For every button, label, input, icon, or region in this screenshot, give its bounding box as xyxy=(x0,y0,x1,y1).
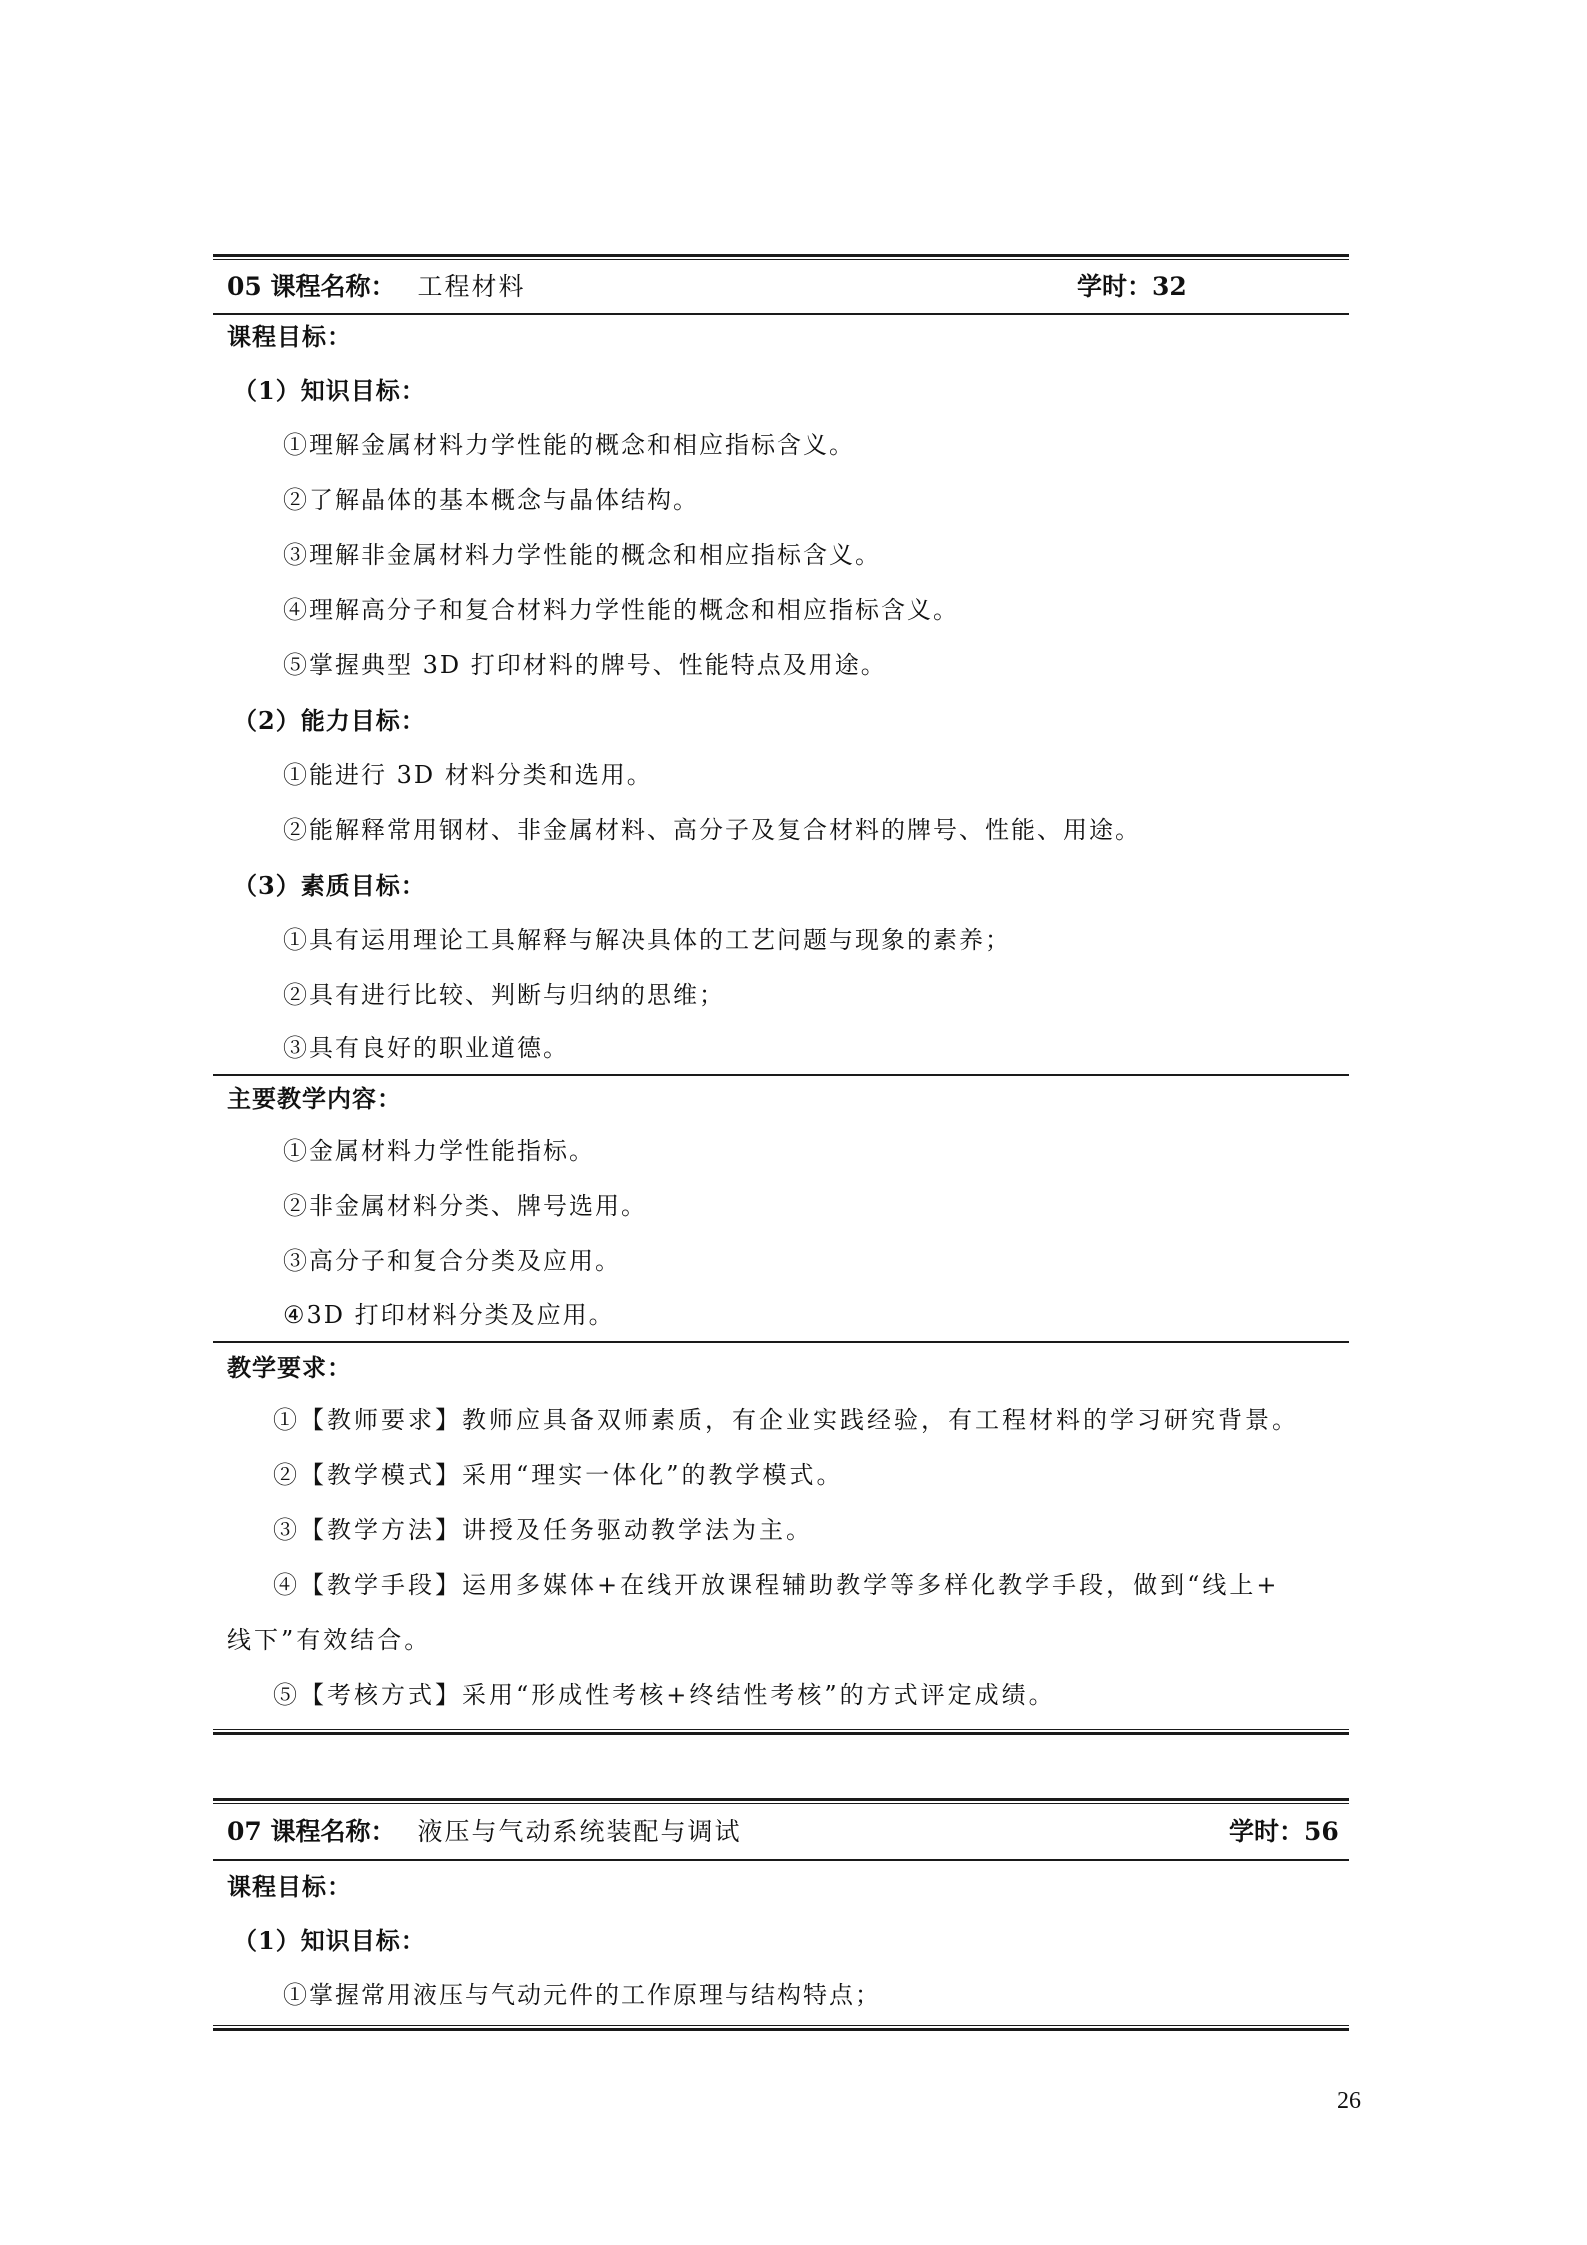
list-item: ①金属材料力学性能指标。 xyxy=(213,1124,1349,1179)
objectives-title: 课程目标： xyxy=(213,1861,1349,1913)
list-item: ②【教学模式】采用“理实一体化”的教学模式。 xyxy=(213,1448,1349,1503)
table-bottom-border xyxy=(213,2025,1349,2026)
course-header-row: 05 课程名称： 工程材料 学时：32 xyxy=(213,257,1349,313)
objectives-title: 课程目标： xyxy=(213,315,1349,363)
course-name: 工程材料 xyxy=(418,267,526,303)
page-number: 26 xyxy=(1337,2088,1361,2115)
course-number-label: 07 课程名称： xyxy=(227,1812,396,1848)
quality-objectives-title: （3）素质目标： xyxy=(213,858,1349,913)
list-item: ③【教学方法】讲授及任务驱动教学法为主。 xyxy=(213,1503,1349,1558)
course-hours: 学时：32 xyxy=(1077,267,1187,303)
course-name: 液压与气动系统装配与调试 xyxy=(418,1812,742,1848)
list-item-continuation: 线下”有效结合。 xyxy=(213,1613,1349,1668)
knowledge-objectives-title: （1）知识目标： xyxy=(213,1913,1349,1968)
course-table-07: 07 课程名称： 液压与气动系统装配与调试 学时：56 课程目标： （1）知识目… xyxy=(213,1798,1349,2026)
course-header-row: 07 课程名称： 液压与气动系统装配与调试 学时：56 xyxy=(213,1801,1349,1859)
course-number-label: 05 课程名称： xyxy=(227,267,396,303)
course-hours: 学时：56 xyxy=(1229,1812,1339,1848)
list-item: ⑤掌握典型 3D 打印材料的牌号、性能特点及用途。 xyxy=(213,638,1349,693)
list-item: ①【教师要求】教师应具备双师素质，有企业实践经验，有工程材料的学习研究背景。 xyxy=(213,1393,1349,1448)
list-item: ③高分子和复合分类及应用。 xyxy=(213,1234,1349,1289)
list-item: ①能进行 3D 材料分类和选用。 xyxy=(213,748,1349,803)
list-item: ①理解金属材料力学性能的概念和相应指标含义。 xyxy=(213,418,1349,473)
list-item: ①具有运用理论工具解释与解决具体的工艺问题与现象的素养； xyxy=(213,913,1349,968)
list-item: ④【教学手段】运用多媒体+在线开放课程辅助教学等多样化教学手段，做到“线上+ xyxy=(213,1558,1349,1613)
list-item: ②非金属材料分类、牌号选用。 xyxy=(213,1179,1349,1234)
course-table-05: 05 课程名称： 工程材料 学时：32 课程目标： （1）知识目标： ①理解金属… xyxy=(213,254,1349,1730)
list-item: ②能解释常用钢材、非金属材料、高分子及复合材料的牌号、性能、用途。 xyxy=(213,803,1349,858)
list-item: ⑤【考核方式】采用“形成性考核+终结性考核”的方式评定成绩。 xyxy=(213,1668,1349,1723)
list-item: ②了解晶体的基本概念与晶体结构。 xyxy=(213,473,1349,528)
teaching-requirements-title: 教学要求： xyxy=(213,1343,1349,1393)
list-item: ④理解高分子和复合材料力学性能的概念和相应指标含义。 xyxy=(213,583,1349,638)
list-item: ②具有进行比较、判断与归纳的思维； xyxy=(213,968,1349,1023)
list-item: ①掌握常用液压与气动元件的工作原理与结构特点； xyxy=(213,1968,1349,2023)
list-item: ③理解非金属材料力学性能的概念和相应指标含义。 xyxy=(213,528,1349,583)
ability-objectives-title: （2）能力目标： xyxy=(213,693,1349,748)
list-item: ④3D 打印材料分类及应用。 xyxy=(213,1289,1349,1341)
knowledge-objectives-title: （1）知识目标： xyxy=(213,363,1349,418)
list-item: ③具有良好的职业道德。 xyxy=(213,1023,1349,1074)
main-content-title: 主要教学内容： xyxy=(213,1076,1349,1124)
table-bottom-border xyxy=(213,1729,1349,1730)
